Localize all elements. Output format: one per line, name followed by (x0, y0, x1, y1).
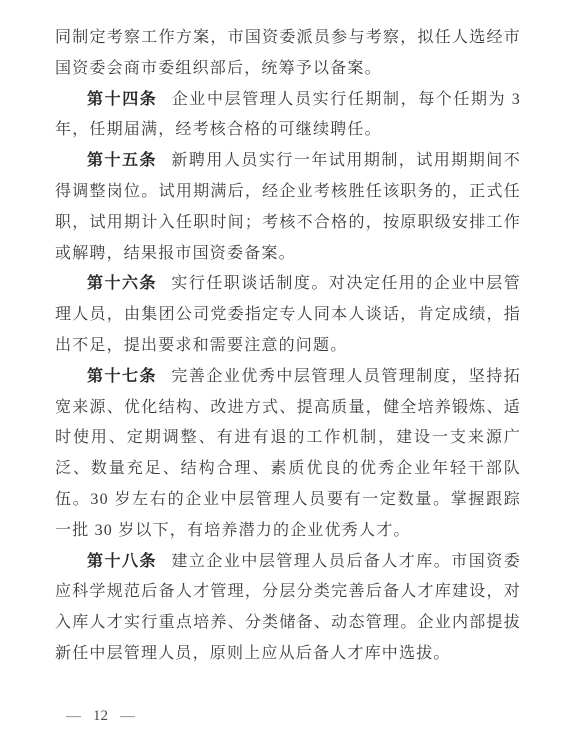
page-footer: — 12 — (66, 708, 135, 725)
paragraph: 第十七条完善企业优秀中层管理人员管理制度，坚持拓宽来源、优化结构、改进方式、提高… (55, 362, 521, 547)
document-body: 同制定考察工作方案，市国资委派员参与考察，拟任人选经市国资委会商市委组织部后，统… (55, 23, 521, 670)
paragraph: 第十八条建立企业中层管理人员后备人才库。市国资委应科学规范后备人才管理，分层分类… (55, 547, 521, 670)
paragraph: 第十六条实行任职谈话制度。对决定任用的企业中层管理人员，由集团公司党委指定专人同… (55, 269, 521, 361)
article-number: 第十六条 (87, 275, 157, 292)
footer-right-dash: — (120, 710, 135, 724)
document-page: 同制定考察工作方案，市国资委派员参与考察，拟任人选经市国资委会商市委组织部后，统… (0, 0, 575, 747)
paragraph: 同制定考察工作方案，市国资委派员参与考察，拟任人选经市国资委会商市委组织部后，统… (55, 23, 521, 85)
article-number: 第十四条 (87, 91, 157, 108)
paragraph-text: 同制定考察工作方案，市国资委派员参与考察，拟任人选经市国资委会商市委组织部后，统… (55, 29, 521, 77)
article-number: 第十八条 (87, 553, 157, 570)
paragraph: 第十五条新聘用人员实行一年试用期制，试用期期间不得调整岗位。试用期满后，经企业考… (55, 146, 521, 269)
paragraph-text: 完善企业优秀中层管理人员管理制度，坚持拓宽来源、优化结构、改进方式、提高质量，健… (55, 368, 521, 539)
paragraph: 第十四条企业中层管理人员实行任期制，每个任期为 3 年，任期届满，经考核合格的可… (55, 85, 521, 147)
article-number: 第十七条 (87, 368, 157, 385)
footer-left-dash: — (66, 710, 81, 724)
article-number: 第十五条 (87, 152, 157, 169)
page-number: 12 (93, 708, 108, 725)
